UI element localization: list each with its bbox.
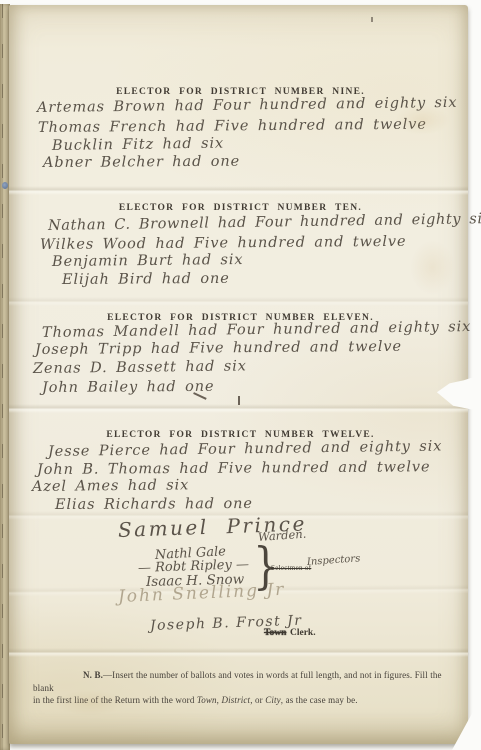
footnote-word-town: Town [197,695,217,705]
fold-crease [9,186,468,195]
vote-line: John B. Thomas had Five hundred and twel… [37,459,431,478]
clerk-title: Clerk. [290,628,316,638]
stain [410,240,455,295]
vote-line: John Bailey had one [42,379,215,396]
footnote-line2-post: , as the case may be. [281,695,358,705]
fold-crease [9,297,468,306]
ink-dot-mark [2,182,8,189]
footnote-sep: , or [250,695,265,705]
stain [395,105,450,135]
vote-line: Joseph Tripp had Five hundred and twelve [35,339,402,358]
vote-line: Abner Belcher had one [43,154,240,171]
vote-line: Wilkes Wood had Five hundred and twelve [40,234,407,253]
vote-line: Bucklin Fitz had six [52,136,224,154]
selectmen-of-label-struck: Selectmen of [271,564,311,572]
vote-line: Zenas D. Bassett had six [33,358,247,377]
footnote-word-city: City [265,695,281,705]
vote-line: Elijah Bird had one [62,271,230,288]
footnote-word-district: District [221,695,250,705]
fold-crease [9,404,468,413]
pen-mark [238,396,240,405]
vote-line: Benjamin Burt had six [52,252,244,270]
footnote-prefix: N. B. [83,670,103,680]
stain [55,690,125,716]
vote-line: Thomas French had Five hundred and twelv… [38,117,427,136]
town-label-struck: Town [264,628,286,638]
pen-mark [371,17,373,22]
vote-line: Azel Ames had six [32,477,189,495]
scanned-document-photo: ELECTOR FOR DISTRICT NUMBER NINE. Artema… [0,0,481,750]
vote-line: Elias Richards had one [55,496,253,513]
fold-crease [9,648,468,657]
